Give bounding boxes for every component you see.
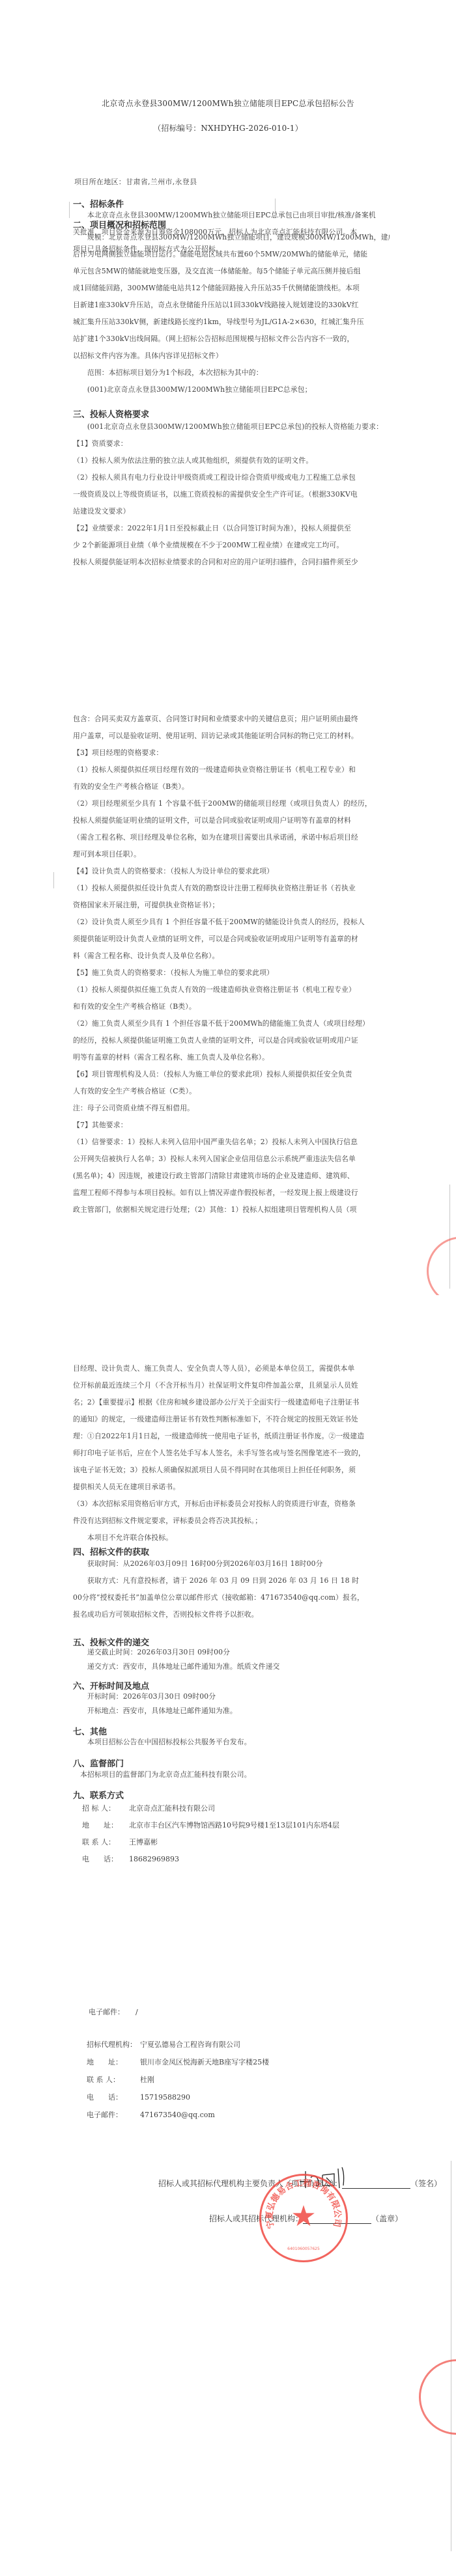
text-line: 【1】资质要求： [73, 435, 390, 452]
tenderer-name-row: 招 标 人：北京奇点汇能科技有限公司 [82, 1803, 215, 1813]
text-line: 投标人须提供能证明业绩的证明文件，可以是合同或验收证明或用户证明等有盖章的材料 [73, 812, 390, 829]
text-line: 单元包含5MW的储能就地变压器，及交直流一体储能舱。每5个储能子单元高压侧并接后… [73, 263, 390, 280]
text-line: 名；2）【重要提示】根据《住房和城乡建设部办公厅关于全面实行一级建造师电子注册证… [73, 1394, 390, 1411]
text-line: 本招标项目的监督部门为北京奇点汇能科技有限公司。 [73, 1768, 390, 1782]
text-line: 以招标文件内容为准。具体内容详见招标文件） [73, 348, 390, 364]
section-6-body: 开标时间：2026年03月30日 09时00分 开标地点：西安市，具体地址已邮件… [73, 1690, 390, 1718]
text-line: （1）信誉要求：1）投标人未列入信用中国严重失信名单；2）投标人未列入中国执行信… [73, 1134, 390, 1151]
text-line: (001北京奇点永登县300MW/1200MWh独立储能项目EPC总承包)的投标… [73, 418, 390, 435]
text-line: 开标地点：西安市，具体地址已邮件通知为准。 [73, 1704, 390, 1718]
text-line: 获取时间：从2026年03月09日 16时00分到2026年03月16日 18时… [73, 1555, 390, 1572]
text-line: 师打印电子证书后，应在个人签名处手写本人签名，未手写签名或与签名图像笔迹不一致的… [73, 1445, 390, 1462]
text-line: （需含工程名称、项目经理及单位名称，如为在建项目需要出具承诺函，承诺中标后项目经 [73, 829, 390, 846]
text-line: 用户盖章，可以是验收证明、使用证明、回访记录或其他能证明合同标的物已完工的材料。 [73, 728, 390, 745]
section-4-body: 获取时间：从2026年03月09日 16时00分到2026年03月16日 18时… [73, 1555, 390, 1623]
text-line: 件没有达到招标文件规定要求，评标委员会将否决其投标。； [73, 1513, 390, 1529]
text-line: 本项目不允许联合体投标。 [73, 1529, 390, 1546]
text-line: 【3】项目经理的资格要求： [73, 745, 390, 761]
text-line: （3）本次招标采用资格后审方式，开标后由评标委员会对投标人的资质进行审查，资格条 [73, 1496, 390, 1513]
text-line: 站扩建1个330kV出线间隔。（网上招标公告招标范围规模与招标文件公告内容不一致… [73, 331, 390, 348]
text-line: 有效的安全生产考核合格证（B类）。 [73, 778, 390, 795]
text-line: 报名成功后方可领取招标文件，否则投标文件将予以拒收。 [73, 1606, 390, 1623]
section-2-body: 规模：北京奇点永登县300MW/1200MWh独立储能项目，建设规模300MW/… [73, 229, 390, 398]
text-line: 【7】其他要求： [73, 1117, 390, 1134]
text-line: 资格国家未开展注册，可提供执业资格证书）； [73, 897, 390, 914]
text-line: （2）施工负责人须至少具有 1 个担任容量不低于200MWh的储能施工负责人（或… [73, 1015, 390, 1032]
tenderer-phone-row: 电 话：18682969893 [82, 1854, 179, 1864]
text-line: 本项目招标公告在中国招标投标公共服务平台发布。 [73, 1735, 390, 1749]
section-7-body: 本项目招标公告在中国招标投标公共服务平台发布。 [73, 1735, 390, 1749]
text-line: 提供相关人员无在建项目承诺书。 [73, 1479, 390, 1496]
bid-number: （招标编号：NXHDYHG-2026-010-1） [0, 122, 456, 133]
text-line: （2）投标人须具有电力行业设计甲级资质或工程设计综合资质甲级或电力工程施工总承包 [73, 469, 390, 486]
text-line: 【2】业绩要求：2022年1月1日至投标截止日（以合同签订时间为准），投标人须提… [73, 520, 390, 537]
tenderer-address: 北京市丰台区汽车博物馆西路10号院9号楼1至13层101内东塔4层 [129, 1821, 339, 1829]
text-line: （1）投标人须提供拟任项目经理有效的一级建造师执业资格注册证书（机电工程专业）和 [73, 761, 390, 778]
section-3-body-page2: 包含：合同买卖双方盖章页、合同签订时间和业绩要求中的关键信息页；用户证明须由最终… [73, 711, 390, 1218]
page-2: 包含：合同买卖双方盖章页、合同签订时间和业绩要求中的关键信息页；用户证明须由最终… [0, 651, 456, 1295]
text-line: 投标人须提供能证明本次招标业绩要求的合同和对应的用户证明扫描件，合同扫描件须至少 [73, 554, 390, 571]
text-line: 后作为电网侧独立储能项目运行。储能电站区域共布置60个5MW/20MWh的储能单… [73, 246, 390, 263]
page-3: 目经理、设计负责人、施工负责人、安全负责人等人员），必须是本单位员工，需提供本单… [0, 1295, 456, 2576]
text-line: 目新建1座330kV升压站，奇点永登储能升压站以1回330kV线路接入规划建设的… [73, 297, 390, 314]
page-edge [53, 872, 54, 888]
agency-phone: 15719588290 [140, 2093, 190, 2102]
text-line: 注：母子公司资质业绩不得互相借用。 [73, 1100, 390, 1117]
section-5-body: 递交截止时间：2026年03月30日 09时00分 递交方式：西安市，具体地址已… [73, 1645, 390, 1674]
text-line: 一级资质及以上等级资质证书，以施工资质投标的需提供安全生产许可证。（根据330K… [73, 486, 390, 503]
agency-name-row: 招标代理机构：宁夏弘德易合工程咨询有限公司 [87, 2039, 240, 2049]
text-line: 公开网失信被执行人名单；3）投标人未列入国家企业信用信息公示系统严重违法失信名单 [73, 1151, 390, 1168]
signature-field [342, 2179, 410, 2189]
seal-suffix: （盖章） [371, 2214, 403, 2223]
text-line: 和有效的安全生产考核合格证（B类）。 [73, 998, 390, 1015]
text-line: 递交方式：西安市，具体地址已邮件通知为准。纸质文件递交 [73, 1660, 390, 1674]
project-region: 项目所在地区：甘肃省,兰州市,永登县 [74, 174, 197, 191]
tenderer-contact-person: 王博嘉彬 [129, 1838, 158, 1846]
text-line: （2）项目经理须至少具有 1 个容量不低于200MW的储能项目经理（或项目负责人… [73, 795, 390, 812]
text-line: 少 2个新能源项目业绩（单个业绩规模在不少于200MW工程业绩）在建或完工均可。 [73, 537, 390, 554]
page-edge [69, 202, 70, 218]
text-line: 人有效的安全生产考核合格证（C类）。 [73, 1083, 390, 1100]
tenderer-email-row: 电子邮件：/ [89, 2007, 138, 2017]
text-line: 明等有盖章的材料（需含工程名称、施工负责人及单位名称）。 [73, 1049, 390, 1066]
text-line: 的通知》的规定，一级建造师注册证书有效性判断标准如下，不符合规定的按照无效证书处 [73, 1411, 390, 1428]
agency-email: 471673540@qq.com [140, 2111, 215, 2119]
stamp-star-icon: ★ [291, 2200, 316, 2233]
page-1: 北京奇点永登县300MW/1200MWh独立储能项目EPC总承包招标公告 （招标… [0, 0, 456, 651]
tenderer-contact-row: 联 系 人：王博嘉彬 [82, 1837, 158, 1847]
text-line: 包含：合同买卖双方盖章页、合同签订时间和业绩要求中的关键信息页；用户证明须由最终 [73, 711, 390, 728]
text-line: 监理工程师不得参与本项目投标。如有以上情况弄虚作假投标者，一经发现上报上级建设行 [73, 1185, 390, 1201]
tenderer-email: / [135, 2008, 138, 2016]
section-3-body-page3: 目经理、设计负责人、施工负责人、安全负责人等人员），必须是本单位员工，需提供本单… [73, 1360, 390, 1546]
text-line: 料（需含工程名称、设计负责人及单位名称）。 [73, 948, 390, 965]
text-line: 该电子证书无效；3）投标人须确保拟派项目人员不得同时在其他项目上担任任何职务，须 [73, 1462, 390, 1479]
text-line: （2）设计负责人须至少具有 1 个担任容量不低于200MW的储能设计负责人的经历… [73, 914, 390, 931]
agency-phone-row: 电 话：15719588290 [87, 2092, 190, 2102]
text-line: 【4】设计负责人的资格要求：（投标人为设计单位的要求此项） [73, 863, 390, 880]
text-line: 政主管部门，依据相关规定进行处理；（2）其他：1）投标人拟组建项目管理机构人员（… [73, 1201, 390, 1218]
document-title: 北京奇点永登县300MW/1200MWh独立储能项目EPC总承包招标公告 [0, 98, 456, 109]
text-line: （1）投标人须提供拟任施工负责人有效的一级建造师执业资格注册证书（机电工程专业） [73, 981, 390, 998]
text-line: 范围：本招标项目划分为1个标段，本次招标为其中的： [73, 364, 390, 381]
text-line: (001)北京奇点永登县300MW/1200MWh独立储能项目EPC总承包； [73, 381, 390, 398]
tenderer-phone: 18682969893 [129, 1855, 179, 1863]
text-line: 的经历，投标人须提供能证明施工负责人业绩的证明文件，可以是合同或验收证明或用户证 [73, 1032, 390, 1049]
section-3-body-page1: (001北京奇点永登县300MW/1200MWh独立储能项目EPC总承包)的投标… [73, 418, 390, 571]
text-line: 位开标前最近连续三个月（不含开标当月）社保证明文件复印件加盖公章，且须显示人员姓 [73, 1377, 390, 1394]
signature-suffix: （签名） [410, 2179, 442, 2188]
section-8-body: 本招标项目的监督部门为北京奇点汇能科技有限公司。 [73, 1768, 390, 1782]
agency-address-row: 地 址：银川市金凤区悦海新天地B座写字楼25楼 [87, 2057, 269, 2067]
agency-contact-person: 杜刚 [140, 2076, 154, 2084]
text-line: 递交截止时间：2026年03月30日 09时00分 [73, 1645, 390, 1660]
company-stamp: 宁夏弘德易合工程咨询有限公司 6401060057625 ★ [259, 2174, 348, 2262]
tenderer-name: 北京奇点汇能科技有限公司 [129, 1804, 215, 1813]
text-line: 规模：北京奇点永登县300MW/1200MWh独立储能项目，建设规模300MW/… [73, 229, 390, 246]
agency-address: 银川市金凤区悦海新天地B座写字楼25楼 [140, 2058, 269, 2066]
text-line: （1）投标人须为依法注册的独立法人或其他组织，须提供有效的证明文件。 [73, 452, 390, 469]
text-line: 理可到本项目任职）。 [73, 846, 390, 863]
svg-text:6401060057625: 6401060057625 [287, 2247, 320, 2251]
agency-contact-row: 联 系 人：杜刚 [87, 2074, 154, 2085]
text-line: 【6】项目管理机构及人员：（投标人为施工单位的要求此项）投标人须提供拟任安全负责 [73, 1066, 390, 1083]
text-line: 城汇集升压站330kV侧，新建线路长度约1km，导线型号为JL/G1A-2×63… [73, 314, 390, 331]
text-line: 00分将“授权委托书”加盖单位公章以邮件形式（接收邮箱：471673540@qq… [73, 1589, 390, 1606]
agency-email-row: 电子邮件：471673540@qq.com [87, 2109, 215, 2120]
text-line: 理：①自2022年1月1日起，一级建造师统一使用电子证书，纸质注册证书作废。②一… [73, 1428, 390, 1445]
text-line: （1）投标人须提供拟任设计负责人有效的勘察设计注册工程师执业资格注册证书（若执业 [73, 880, 390, 897]
company-stamp-partial [419, 2359, 456, 2435]
text-line: (黑名单)；4）因违规，被建设行政主管部门清除甘肃建筑市场的企业及建造师、建筑师… [73, 1168, 390, 1185]
tenderer-address-row: 地 址：北京市丰台区汽车博物馆西路10号院9号楼1至13层101内东塔4层 [82, 1820, 339, 1830]
section-heading-9: 九、联系方式 [73, 1788, 124, 1801]
text-line: 须提供能证明设计负责人业绩的证明文件，可以是合同或验收证明或用户证明等有盖章的材 [73, 931, 390, 948]
text-line: 【5】施工负责人的资格要求：（投标人为施工单位的要求此项） [73, 965, 390, 981]
text-line: 获取方式：凡有意投标者，请于 2026 年 03 月 09 日到 2026 年 … [73, 1572, 390, 1589]
agency-name: 宁夏弘德易合工程咨询有限公司 [140, 2040, 240, 2049]
text-line: 站建设发文要求） [73, 503, 390, 520]
text-line: 开标时间：2026年03月30日 09时00分 [73, 1690, 390, 1704]
text-line: 成1回储能回路，300MW储能电站共12个储能回路接入升压站35千伏侧储能馈线柜… [73, 280, 390, 297]
text-line: 目经理、设计负责人、施工负责人、安全负责人等人员），必须是本单位员工，需提供本单 [73, 1360, 390, 1377]
page-edge [451, 2161, 451, 2551]
